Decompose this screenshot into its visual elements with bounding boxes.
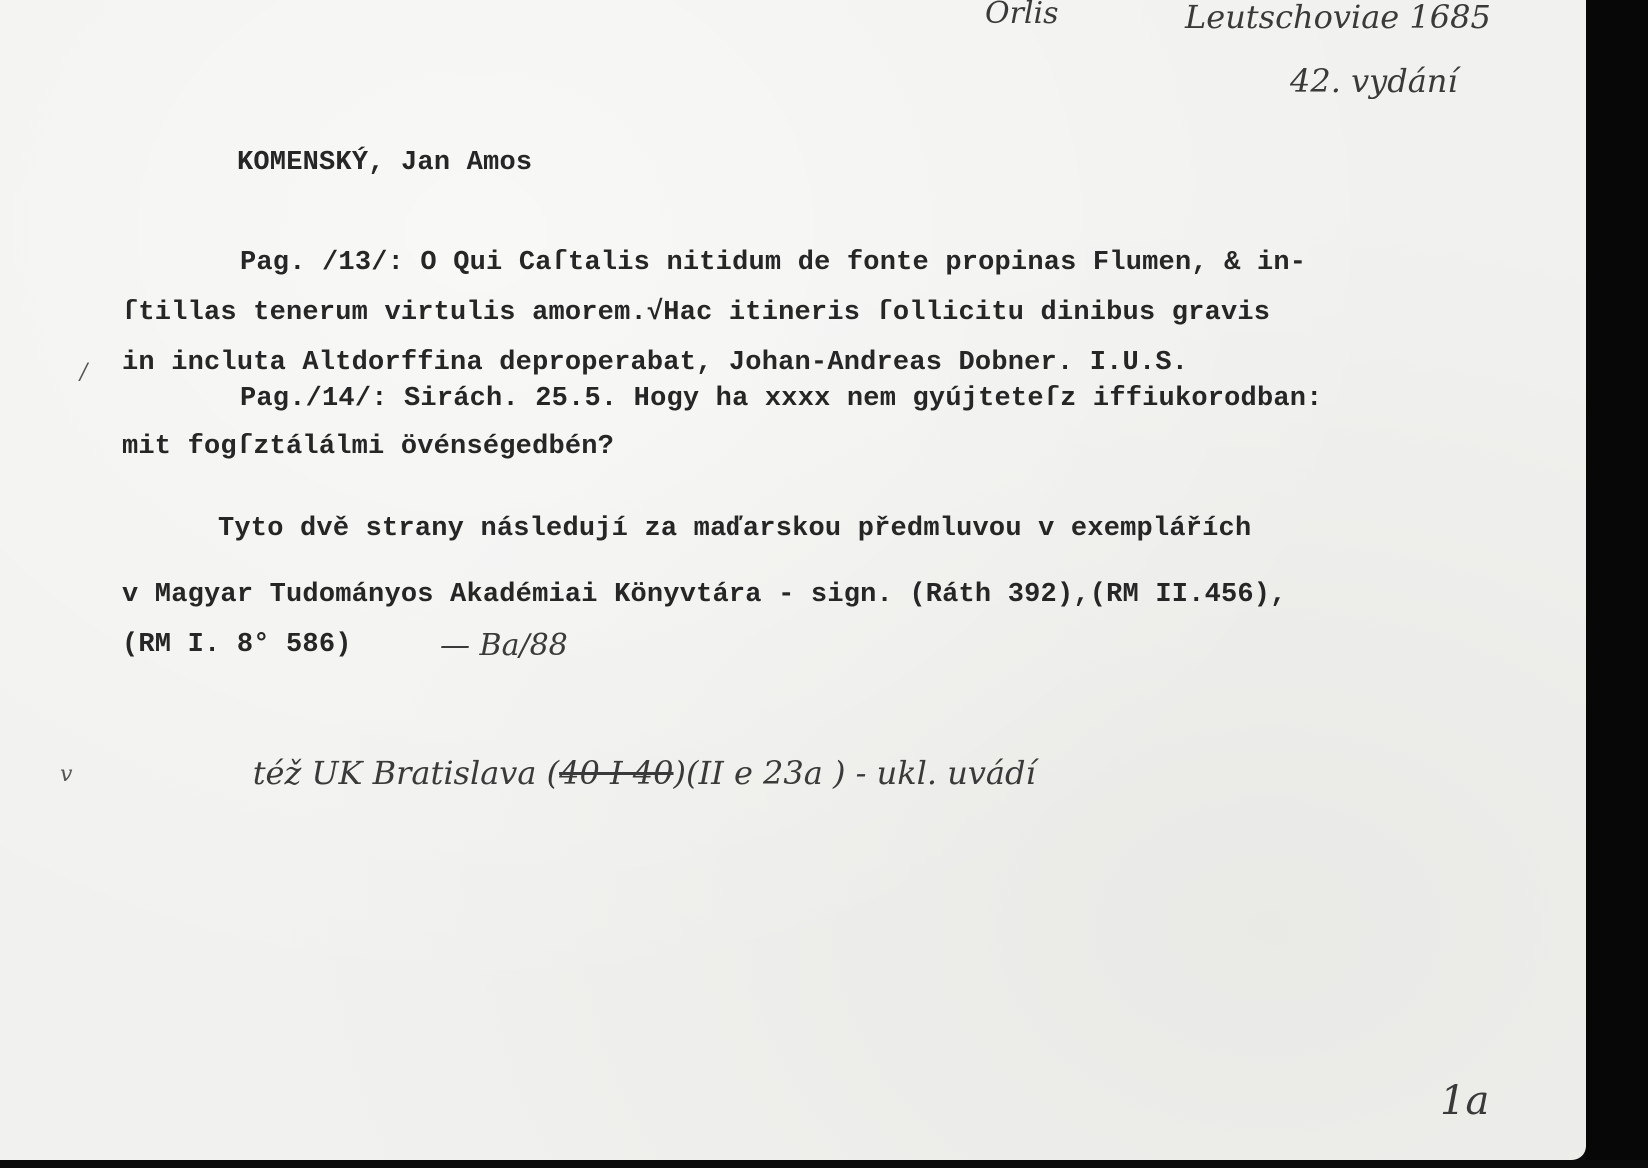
note-line-1: Tyto dvě strany následují za maďarskou p… <box>218 514 1251 544</box>
transcription-line-2: ſtillas tenerum virtulis amorem.√Hac iti… <box>122 298 1270 328</box>
author-heading: KOMENSKÝ, Jan Amos <box>237 148 532 178</box>
handwritten-edition: 42. vydání <box>1290 62 1458 100</box>
handwritten-place: Orlis <box>985 0 1059 31</box>
transcription-line-4: Pag./14/: Sirách. 25.5. Hogy ha xxxx nem… <box>240 384 1323 414</box>
handwritten-footer: též UK Bratislava (40 I 40)(II e 23a ) -… <box>212 716 1036 830</box>
transcription-line-1: Pag. /13/: O Qui Caſtalis nitidum de fon… <box>240 248 1306 278</box>
card-number: 1a <box>1440 1078 1489 1124</box>
handwritten-location-year: Leutschoviae 1685 <box>1185 0 1491 36</box>
catalog-card: Orlis Leutschoviae 1685 42. vydání KOMEN… <box>0 0 1586 1160</box>
transcription-line-5: mit fogſztálálmi övénségedbén? <box>122 432 614 462</box>
footer-prefix: též UK Bratislava ( <box>253 754 559 792</box>
note-line-2: v Magyar Tudományos Akadémiai Könyvtára … <box>122 580 1287 610</box>
footer-struck-shelfmark: 40 I 40 <box>559 754 673 792</box>
margin-mark-slash: / <box>80 360 87 385</box>
margin-mark-check: v <box>60 762 72 787</box>
footer-suffix: )(II e 23a ) - ukl. uvádí <box>674 754 1036 792</box>
transcription-line-3: in incluta Altdorffina deproperabat, Joh… <box>122 348 1188 378</box>
scan-background-right <box>1586 0 1648 1168</box>
handwritten-shelfmark-note: — Ba/88 <box>440 628 568 663</box>
scan-background-bottom <box>0 1160 1648 1168</box>
note-line-3: (RM I. 8° 586) <box>122 630 352 660</box>
